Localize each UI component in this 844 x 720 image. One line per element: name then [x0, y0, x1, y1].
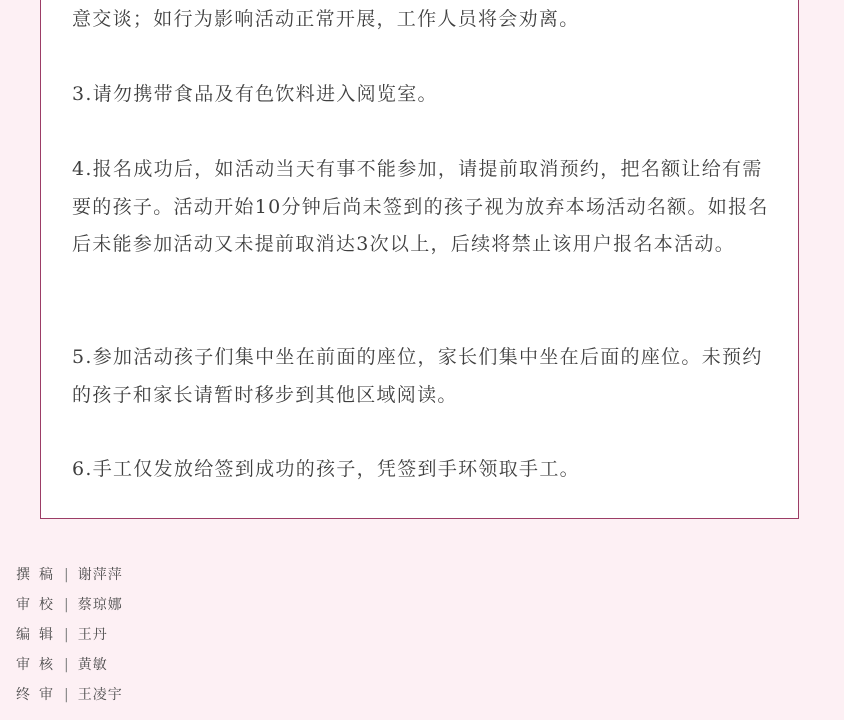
credit-separator: |	[64, 562, 70, 588]
credits-block: 撰稿 | 谢萍萍 审校 | 蔡琼娜 编辑 | 王丹 审核 | 黄敏 终审 | 王…	[16, 560, 123, 710]
credit-name: 王丹	[78, 622, 108, 648]
notice-paragraph-rule3: 3.请勿携带食品及有色饮料进入阅览室。	[72, 76, 772, 114]
credit-name: 王凌宇	[78, 682, 123, 708]
credit-role: 审校	[16, 592, 60, 618]
notice-paragraph-rule6: 6.手工仅发放给签到成功的孩子，凭签到手环领取手工。	[72, 451, 772, 489]
credit-row-final-reviewer: 终审 | 王凌宇	[16, 680, 123, 710]
credit-separator: |	[64, 622, 70, 648]
credit-role: 编辑	[16, 622, 60, 648]
credit-role: 撰稿	[16, 562, 60, 588]
notice-paragraph-rule2-tail: 意交谈；如行为影响活动正常开展，工作人员将会劝离。	[72, 1, 772, 39]
credit-role: 审核	[16, 652, 60, 678]
credit-row-writer: 撰稿 | 谢萍萍	[16, 560, 123, 590]
credit-separator: |	[64, 592, 70, 618]
credit-separator: |	[64, 682, 70, 708]
notice-paragraph-rule5: 5.参加活动孩子们集中坐在前面的座位，家长们集中坐在后面的座位。未预约的孩子和家…	[72, 339, 772, 414]
credit-name: 谢萍萍	[78, 562, 123, 588]
credit-row-editor: 编辑 | 王丹	[16, 620, 123, 650]
credit-name: 黄敏	[78, 652, 108, 678]
notice-paragraph-rule4: 4.报名成功后，如活动当天有事不能参加，请提前取消预约，把名额让给有需要的孩子。…	[72, 151, 772, 264]
notice-box: 意交谈；如行为影响活动正常开展，工作人员将会劝离。 3.请勿携带食品及有色饮料进…	[40, 0, 799, 519]
credit-separator: |	[64, 652, 70, 678]
credit-row-proofreader: 审校 | 蔡琼娜	[16, 590, 123, 620]
credit-role: 终审	[16, 682, 60, 708]
credit-row-reviewer: 审核 | 黄敏	[16, 650, 123, 680]
credit-name: 蔡琼娜	[78, 592, 123, 618]
